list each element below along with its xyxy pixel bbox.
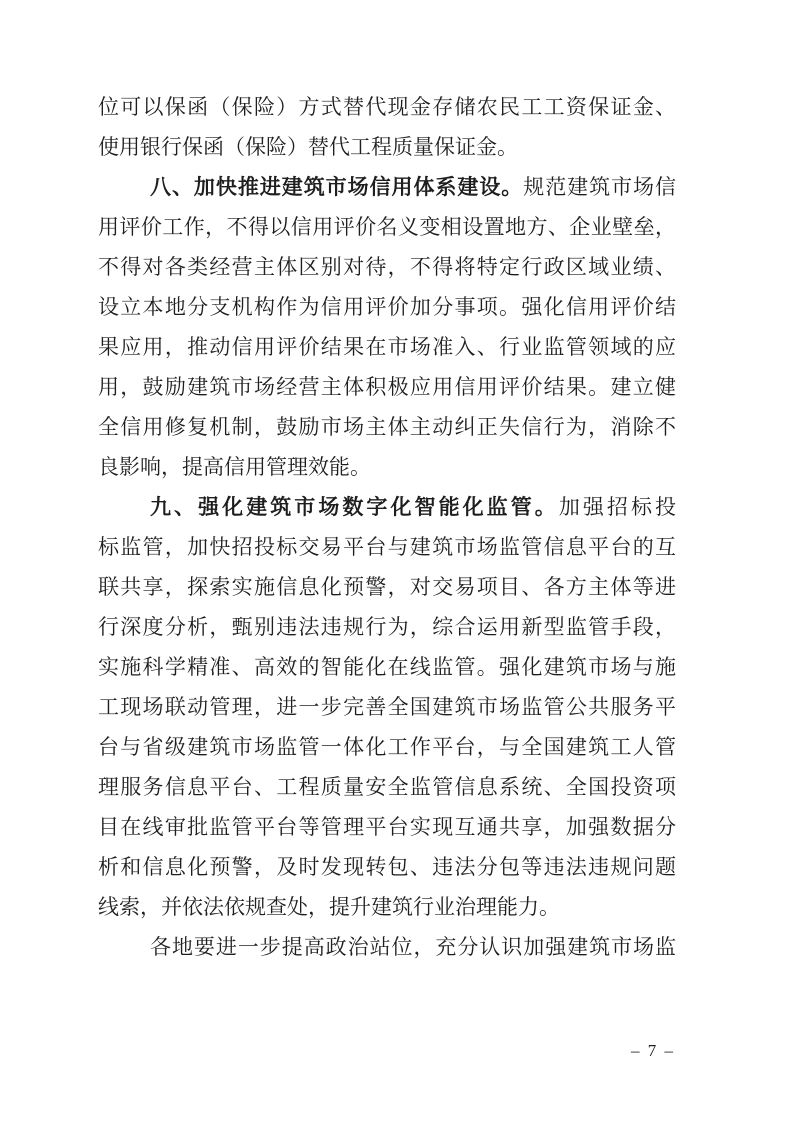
section-heading: 八、加快推进建筑市场信用体系建设。	[150, 175, 523, 199]
body-text: 各地要进一步提高政治站位，充分认识加强建筑市场监	[150, 935, 676, 959]
body-text: 使用银行保函（保险）替代工程质量保证金。	[98, 135, 518, 159]
text-line: 目在线审批监管平台等管理平台实现互通共享，加强数据分	[98, 807, 676, 847]
document-page: 位可以保函（保险）方式替代现金存储农民工工资保证金、使用银行保函（保险）替代工程…	[0, 0, 793, 1122]
text-line: 良影响，提高信用管理效能。	[98, 447, 676, 487]
text-line: 用评价工作，不得以信用评价名义变相设置地方、企业壁垒，	[98, 207, 676, 247]
text-line: 析和信息化预警，及时发现转包、违法分包等违法违规问题	[98, 847, 676, 887]
text-line: 全信用修复机制，鼓励市场主体主动纠正失信行为，消除不	[98, 407, 676, 447]
body-text: 实施科学精准、高效的智能化在线监管。强化建筑市场与施	[98, 655, 676, 679]
section-heading: 九、强化建筑市场数字化智能化监管。	[150, 495, 559, 519]
text-line: 线索，并依法依规查处，提升建筑行业治理能力。	[98, 887, 676, 927]
body-text: 目在线审批监管平台等管理平台实现互通共享，加强数据分	[98, 815, 676, 839]
body-text: 用评价工作，不得以信用评价名义变相设置地方、企业壁垒，	[98, 215, 676, 239]
body-text: 不得对各类经营主体区别对待，不得将特定行政区域业绩、	[98, 255, 676, 279]
body-text: 台与省级建筑市场监管一体化工作平台，与全国建筑工人管	[98, 735, 676, 759]
text-line: 联共享，探索实施信息化预警，对交易项目、各方主体等进	[98, 567, 676, 607]
body-text: 析和信息化预警，及时发现转包、违法分包等违法违规问题	[98, 855, 676, 879]
body-text: 全信用修复机制，鼓励市场主体主动纠正失信行为，消除不	[98, 415, 676, 439]
text-line: 设立本地分支机构作为信用评价加分事项。强化信用评价结	[98, 287, 676, 327]
body-text: 加强招标投	[559, 495, 676, 519]
text-line: 理服务信息平台、工程质量安全监管信息系统、全国投资项	[98, 767, 676, 807]
body-text: 标监管，加快招投标交易平台与建筑市场监管信息平台的互	[98, 535, 676, 559]
body-text: 良影响，提高信用管理效能。	[98, 455, 371, 479]
body-text: 工现场联动管理，进一步完善全国建筑市场监管公共服务平	[98, 695, 676, 719]
document-body: 位可以保函（保险）方式替代现金存储农民工工资保证金、使用银行保函（保险）替代工程…	[98, 87, 676, 967]
text-line: 果应用，推动信用评价结果在市场准入、行业监管领域的应	[98, 327, 676, 367]
text-line: 不得对各类经营主体区别对待，不得将特定行政区域业绩、	[98, 247, 676, 287]
text-line: 九、强化建筑市场数字化智能化监管。加强招标投	[98, 487, 676, 527]
page-number: – 7 –	[631, 1040, 675, 1062]
text-line: 行深度分析，甄别违法违规行为，综合运用新型监管手段，	[98, 607, 676, 647]
text-line: 位可以保函（保险）方式替代现金存储农民工工资保证金、	[98, 87, 676, 127]
body-text: 行深度分析，甄别违法违规行为，综合运用新型监管手段，	[98, 615, 676, 639]
body-text: 位可以保函（保险）方式替代现金存储农民工工资保证金、	[98, 95, 676, 119]
body-text: 线索，并依法依规查处，提升建筑行业治理能力。	[98, 895, 560, 919]
text-line: 台与省级建筑市场监管一体化工作平台，与全国建筑工人管	[98, 727, 676, 767]
body-text: 设立本地分支机构作为信用评价加分事项。强化信用评价结	[98, 295, 676, 319]
text-line: 标监管，加快招投标交易平台与建筑市场监管信息平台的互	[98, 527, 676, 567]
text-line: 使用银行保函（保险）替代工程质量保证金。	[98, 127, 676, 167]
text-line: 实施科学精准、高效的智能化在线监管。强化建筑市场与施	[98, 647, 676, 687]
body-text: 理服务信息平台、工程质量安全监管信息系统、全国投资项	[98, 775, 676, 799]
body-text: 联共享，探索实施信息化预警，对交易项目、各方主体等进	[98, 575, 676, 599]
text-line: 工现场联动管理，进一步完善全国建筑市场监管公共服务平	[98, 687, 676, 727]
body-text: 果应用，推动信用评价结果在市场准入、行业监管领域的应	[98, 335, 676, 359]
body-text: 用，鼓励建筑市场经营主体积极应用信用评价结果。建立健	[98, 375, 676, 399]
text-line: 各地要进一步提高政治站位，充分认识加强建筑市场监	[98, 927, 676, 967]
body-text: 规范建筑市场信	[523, 175, 676, 199]
text-line: 用，鼓励建筑市场经营主体积极应用信用评价结果。建立健	[98, 367, 676, 407]
text-line: 八、加快推进建筑市场信用体系建设。规范建筑市场信	[98, 167, 676, 207]
